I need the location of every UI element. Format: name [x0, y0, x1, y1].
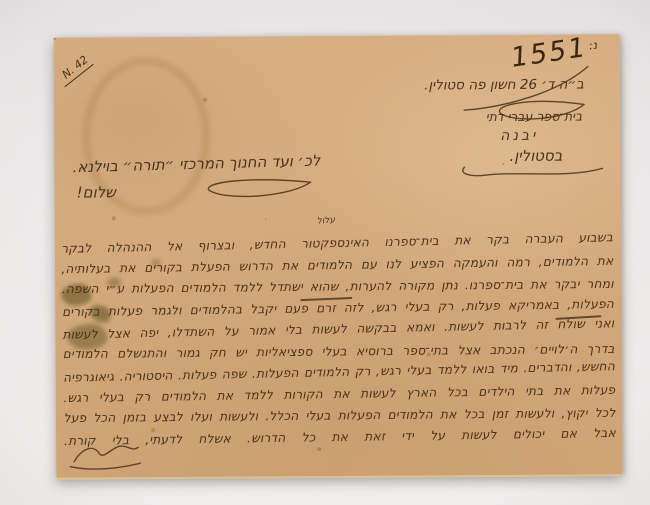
interlinear-insert: עלול	[316, 215, 335, 226]
greeting: שלום!	[77, 183, 116, 201]
date-line: ב״ה ד׳ 26 חשון פה סטולין.	[424, 76, 584, 93]
paper-speckles	[54, 38, 56, 40]
addressee-flourish	[205, 176, 317, 203]
school-name-line2: יבנה	[500, 128, 538, 144]
signature-scrawl	[70, 439, 144, 473]
school-name-line1: בית־ספר עברי דתי	[486, 109, 582, 125]
postcard: N. 42 נ:1551 ב״ה ד׳ 26 חשון פה סטולין. ב…	[54, 34, 623, 477]
body-text: בשבוע העברה בקר את בית־ספרנו האינספקטור …	[61, 229, 616, 452]
archive-number-prefix: נ:	[588, 38, 598, 52]
corner-note: N. 42	[55, 52, 94, 88]
school-underline-flourish	[456, 162, 608, 181]
